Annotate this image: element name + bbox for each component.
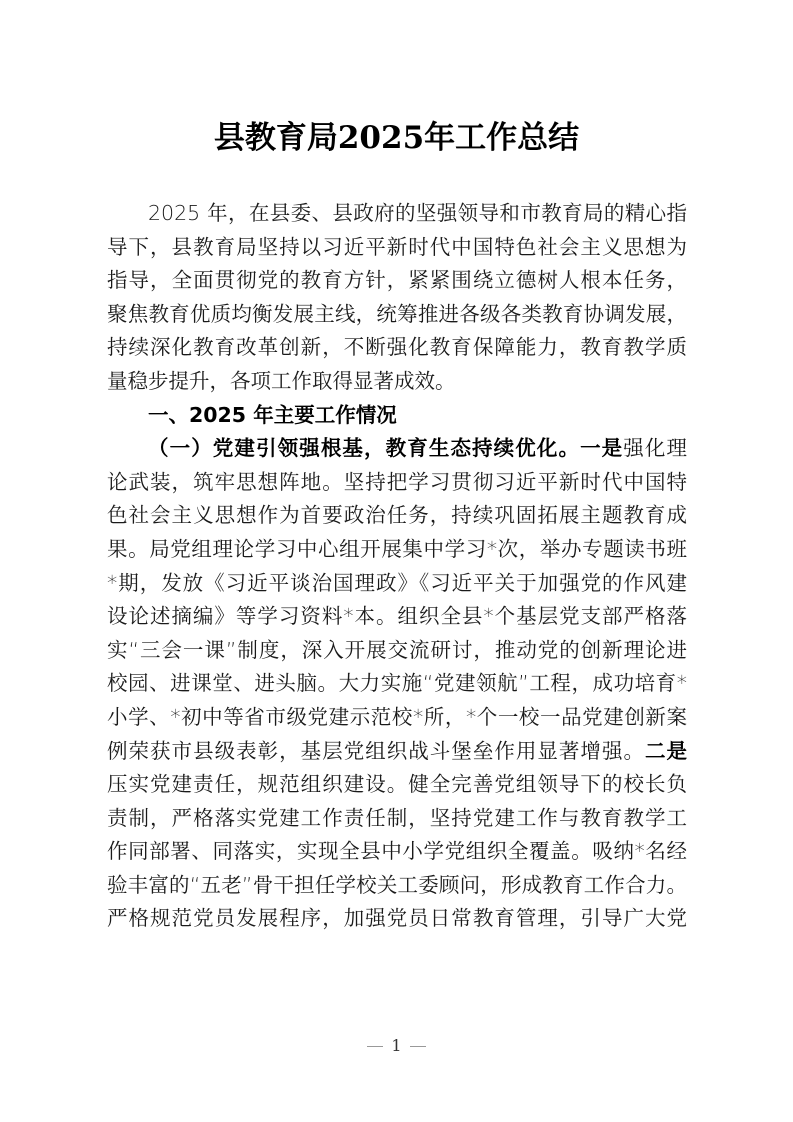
paragraph-line: 指导，全面贯彻党的教育方针，紧紧围绕立德树人根本任务，: [107, 264, 687, 298]
page-number-value: 1: [391, 1036, 401, 1055]
paragraph-line: 导下，县教育局坚持以习近平新时代中国特色社会主义思想为: [107, 231, 687, 265]
paragraph-line: 量稳步提升，各项工作取得显著成效。: [107, 365, 687, 399]
paragraph-line: 持续深化教育改革创新，不断强化教育保障能力，教育教学质: [107, 331, 687, 365]
paragraph-line: 验丰富的“五老”骨干担任学校关工委顾问，形成教育工作合力。: [107, 869, 687, 903]
section-heading: 一、2025 年主要工作情况: [107, 399, 687, 433]
point-heading: 二是: [645, 739, 687, 763]
subsection-heading: （一）党建引领强根基，教育生态持续优化。一是: [148, 436, 623, 460]
paragraph-line: 设论述摘编》等学习资料*本。组织全县*个基层党支部严格落: [107, 600, 687, 634]
paragraph-line: *期，发放《习近平谈治国理政》《习近平关于加强党的作风建: [107, 567, 687, 601]
paragraph-line: 责制，严格落实党建工作责任制，坚持党建工作与教育教学工: [107, 802, 687, 836]
paragraph-line: 严格规范党员发展程序，加强党员日常教育管理，引导广大党: [107, 902, 687, 936]
subsection-first-line: （一）党建引领强根基，教育生态持续优化。一是强化理: [107, 432, 687, 466]
page-number: 1: [0, 1036, 793, 1055]
paragraph-line: 校园、进课堂、进头脑。大力实施“党建领航”工程，成功培育*: [107, 667, 687, 701]
paragraph-line: 聚焦教育优质均衡发展主线，统筹推进各级各类教育协调发展，: [107, 298, 687, 332]
document-page: 县教育局2025年工作总结 2025 年，在县委、县政府的坚强领导和市教育局的精…: [0, 0, 793, 1122]
paragraph-line: 作同部署、同落实，实现全县中小学党组织全覆盖。吸纳*名经: [107, 835, 687, 869]
paragraph-line: 实“三会一课”制度，深入开展交流研讨，推动党的创新理论进: [107, 634, 687, 668]
document-body: 2025 年，在县委、县政府的坚强领导和市教育局的精心指 导下，县教育局坚持以习…: [107, 197, 687, 936]
dash-left: [367, 1046, 383, 1047]
paragraph-line: 小学、*初中等省市级党建示范校*所，*个一校一品党建创新案: [107, 701, 687, 735]
paragraph-line: 2025 年，在县委、县政府的坚强领导和市教育局的精心指: [107, 197, 687, 231]
paragraph-line: 例荣获市县级表彰，基层党组织战斗堡垒作用显著增强。二是: [107, 735, 687, 769]
paragraph-text: 强化理: [623, 436, 687, 460]
paragraph-text: 例荣获市县级表彰，基层党组织战斗堡垒作用显著增强。: [107, 739, 645, 763]
paragraph-line: 果。局党组理论学习中心组开展集中学习*次，举办专题读书班: [107, 533, 687, 567]
paragraph-line: 压实党建责任，规范组织建设。健全完善党组领导下的校长负: [107, 768, 687, 802]
document-title: 县教育局2025年工作总结: [0, 112, 793, 157]
dash-right: [410, 1046, 426, 1047]
paragraph-line: 色社会主义思想作为首要政治任务，持续巩固拓展主题教育成: [107, 499, 687, 533]
paragraph-line: 论武装，筑牢思想阵地。坚持把学习贯彻习近平新时代中国特: [107, 466, 687, 500]
